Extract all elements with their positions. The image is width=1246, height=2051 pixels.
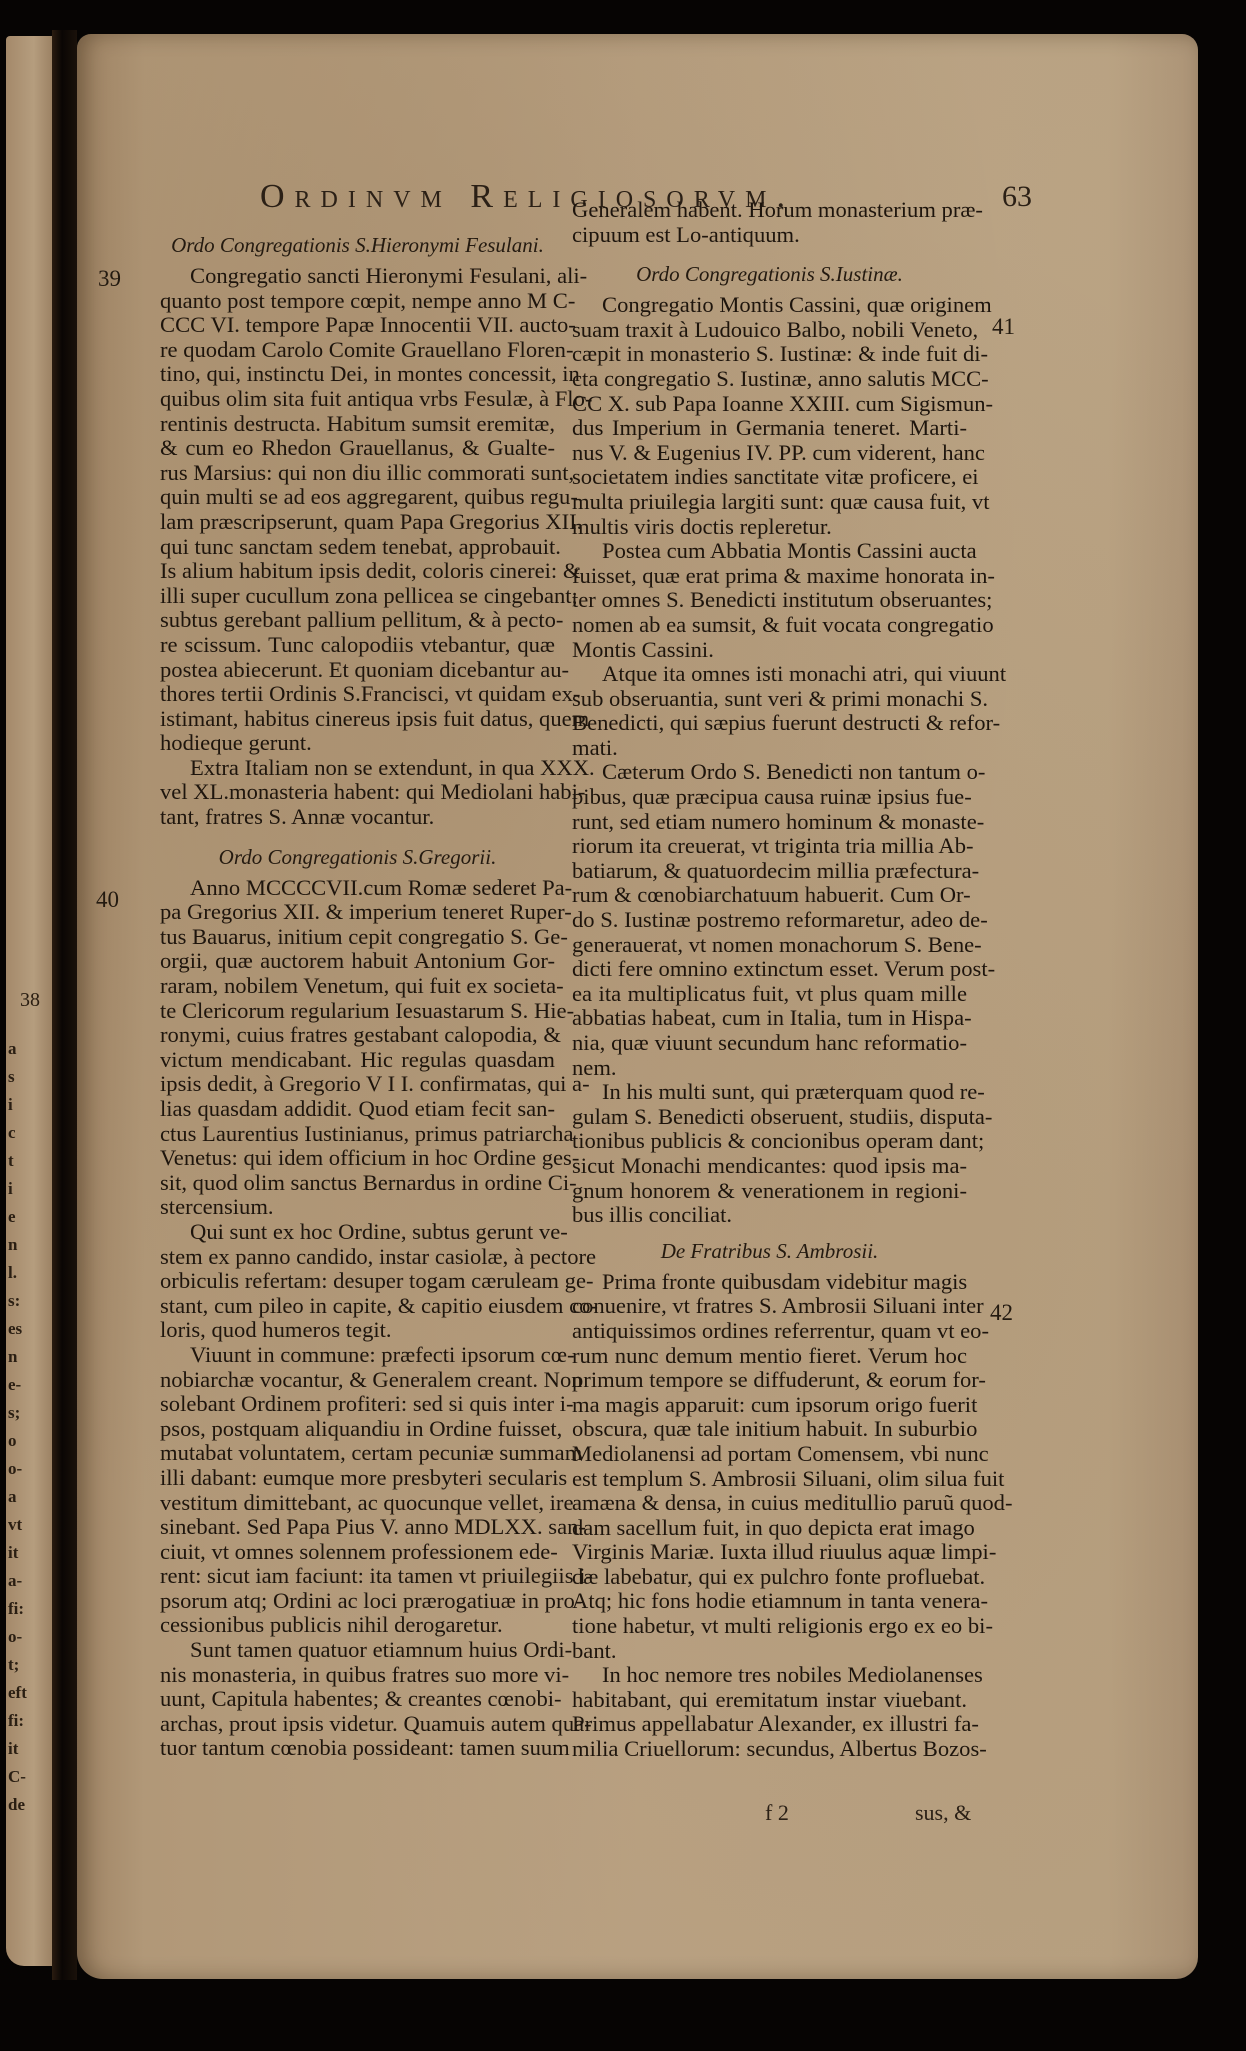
text-line: pibus, quæ præcipua causa ruinæ ipsius f…	[572, 785, 967, 810]
previous-page-text-fragment: C-	[8, 1764, 26, 1790]
text-line: tino, qui, instinctu Dei, in montes conc…	[160, 362, 555, 387]
text-line: loris, quod humeros tegit.	[160, 1318, 555, 1343]
previous-page-text-fragment: a-	[8, 1568, 22, 1594]
text-line: fuisset, quæ erat prima & maxime honorat…	[572, 564, 967, 589]
previous-page-text-fragment: e-	[8, 1372, 21, 1398]
text-line: ter omnes S. Benedicti institutum obseru…	[572, 588, 967, 613]
text-line: ctus Laurentius Iustinianus, primus patr…	[160, 1122, 555, 1147]
text-line: qui tunc sanctam sedem tenebat, approbau…	[160, 535, 555, 560]
text-line: ronymi, cuius fratres gestabant calopodi…	[160, 1023, 555, 1048]
text-line: dicti fere omnino extinctum esset. Verum…	[572, 957, 967, 982]
text-line: multis viris doctis repleretur.	[572, 515, 967, 540]
text-line: Atque ita omnes isti monachi atri, qui v…	[572, 662, 967, 687]
previous-page-text-fragment: a	[8, 1484, 17, 1510]
text-line: bus illis conciliat.	[572, 1203, 967, 1228]
paragraph: In his multi sunt, qui præterquam quod r…	[572, 1080, 967, 1228]
text-line: cta congregatio S. Iustinæ, anno salutis…	[572, 367, 967, 392]
text-line: Virginis Mariæ. Iuxta illud riuulus aquæ…	[572, 1540, 967, 1565]
text-line: est templum S. Ambrosii Siluani, olim si…	[572, 1467, 967, 1492]
text-line: Viuunt in commune: præfecti ipsorum cœ-	[160, 1343, 555, 1368]
text-line: nus V. & Eugenius IV. PP. cum viderent, …	[572, 441, 967, 466]
left-column: Ordo Congregationis S.Hieronymi Fesulani…	[160, 226, 555, 1761]
text-line: mati.	[572, 736, 967, 761]
text-line: milia Criuellorum: secundus, Albertus Bo…	[572, 1737, 967, 1762]
paragraph: Qui sunt ex hoc Ordine, subtus gerunt ve…	[160, 1220, 555, 1343]
previous-page-text-fragment: it	[8, 1736, 18, 1762]
text-line: Sunt tamen quatuor etiamnum huius Ordi-	[160, 1638, 555, 1663]
text-line: rus Marsius: qui non diu illic commorati…	[160, 461, 555, 486]
text-line: tuor tantum cœnobia possideant: tamen su…	[160, 1736, 555, 1761]
catchword: sus, &	[915, 1800, 971, 1826]
text-line: cipuum est Lo-antiquum.	[572, 223, 967, 248]
previous-page-text-fragment: o-	[8, 1624, 22, 1650]
text-line: dus Imperium in Germania teneret. Marti-	[572, 416, 967, 441]
previous-page-text-fragment: es	[8, 1316, 22, 1342]
previous-page-text-fragment: n	[8, 1344, 17, 1370]
text-line: ma magis apparuit: cum ipsorum origo fue…	[572, 1393, 967, 1418]
text-line: psorum atq; Ordini ac loci prærogatiuæ i…	[160, 1589, 555, 1614]
text-line: nia, quæ viuunt secundum hanc reformatio…	[572, 1031, 967, 1056]
text-line: dam sacellum fuit, in quo depicta erat i…	[572, 1516, 967, 1541]
text-line: Montis Cassini.	[572, 638, 967, 663]
text-line: rum & cœnobiarchatuum habuerit. Cum Or-	[572, 883, 967, 908]
previous-page-edge: 38 asictienl.s:esne-s;oo-avtita-fi:o-t;e…	[6, 36, 52, 1966]
text-line: Congregatio sancti Hieronymi Fesulani, a…	[160, 264, 555, 289]
text-line: Cæterum Ordo S. Benedicti non tantum o-	[572, 760, 967, 785]
text-line: dæ labebatur, qui ex pulchro fonte profl…	[572, 1565, 967, 1590]
text-line: illi super cucullum zona pellicea se cin…	[160, 584, 555, 609]
previous-page-margin: 38 asictienl.s:esne-s;oo-avtita-fi:o-t;e…	[6, 36, 52, 1966]
paragraph: Generalem habent. Horum monasterium præ-…	[572, 198, 967, 247]
text-line: batiarum, & quatuordecim millia præfectu…	[572, 859, 967, 884]
previous-page-text-fragment: fi:	[8, 1708, 24, 1734]
marginal-number: 39	[98, 266, 121, 292]
text-line: Postea cum Abbatia Montis Cassini aucta	[572, 539, 967, 564]
text-line: amæna & densa, in cuius meditullio paruũ…	[572, 1491, 967, 1516]
text-line: sicut Monachi mendicantes: quod ipsis ma…	[572, 1154, 967, 1179]
text-line: nis monasteria, in quibus fratres suo mo…	[160, 1663, 555, 1688]
right-column: Generalem habent. Horum monasterium præ-…	[572, 198, 967, 1762]
text-line: sit, quod olim sanctus Bernardus in ordi…	[160, 1171, 555, 1196]
text-line: stem ex panno candido, instar casiolæ, à…	[160, 1245, 555, 1270]
text-line: In his multi sunt, qui præterquam quod r…	[572, 1080, 967, 1105]
text-line: tionibus publicis & concionibus operam d…	[572, 1129, 967, 1154]
text-line: riorum ita creuerat, vt triginta tria mi…	[572, 834, 967, 859]
text-line: Congregatio Montis Cassini, quæ originem	[572, 293, 967, 318]
marginal-number: 42	[990, 1300, 1013, 1326]
text-line: Generalem habent. Horum monasterium præ-	[572, 198, 967, 223]
text-line: hodieque gerunt.	[160, 731, 555, 756]
text-line: societatem indies sanctitate vitæ profic…	[572, 465, 967, 490]
text-line: multa priuilegia largiti sunt: quæ causa…	[572, 490, 967, 515]
paragraph: In hoc nemore tres nobiles Mediolanenses…	[572, 1663, 967, 1761]
previous-page-text-fragment: t	[8, 1148, 14, 1174]
section-heading: De Fratribus S. Ambrosii.	[572, 1238, 967, 1264]
text-line: CCC VI. tempore Papæ Innocentii VII. auc…	[160, 313, 555, 338]
text-line: ea ita multiplicatus fuit, vt plus quam …	[572, 982, 967, 1007]
text-line: Benedicti, qui sæpius fuerunt destructi …	[572, 711, 967, 736]
text-line: Primus appellabatur Alexander, ex illust…	[572, 1712, 967, 1737]
text-line: runt, sed etiam numero hominum & monaste…	[572, 810, 967, 835]
text-line: thores tertii Ordinis S.Francisci, vt qu…	[160, 682, 555, 707]
paragraph: Sunt tamen quatuor etiamnum huius Ordi-n…	[160, 1638, 555, 1761]
paragraph: Extra Italiam non se extendunt, in qua X…	[160, 756, 555, 830]
text-line: habitabant, qui eremitatum instar viueba…	[572, 1688, 967, 1713]
text-line: primum tempore se diffuderunt, & eorum f…	[572, 1368, 967, 1393]
previous-page-text-fragment: l.	[8, 1260, 17, 1286]
text-line: tione habetur, vt multi religionis ergo …	[572, 1614, 967, 1639]
text-line: lias quasdam addidit. Quod etiam fecit s…	[160, 1097, 555, 1122]
text-line: victum mendicabant. Hic regulas quasdam	[160, 1048, 555, 1073]
text-line: postea abiecerunt. Et quoniam dicebantur…	[160, 658, 555, 683]
text-line: psos, postquam aliquandiu in Ordine fuis…	[160, 1417, 555, 1442]
text-line: Prima fronte quibusdam videbitur magis	[572, 1270, 967, 1295]
text-line: illi dabant: eumque more presbyteri secu…	[160, 1466, 555, 1491]
text-line: cæpit in monasterio S. Iustinæ: & inde f…	[572, 342, 967, 367]
text-line: do S. Iustinæ postremo reformaretur, ade…	[572, 908, 967, 933]
text-line: Anno MCCCCVII.cum Romæ sederet Pa-	[160, 876, 555, 901]
paragraph: Prima fronte quibusdam videbitur magisco…	[572, 1270, 967, 1664]
text-line: lam præscripserunt, quam Papa Gregorius …	[160, 510, 555, 535]
previous-page-text-fragment: s	[8, 1064, 15, 1090]
text-line: mutabat voluntatem, certam pecuniæ summa…	[160, 1441, 555, 1466]
text-line: nem.	[572, 1056, 967, 1081]
text-line: conuenire, vt fratres S. Ambrosii Siluan…	[572, 1294, 967, 1319]
text-line: nomen ab ea sumsit, & fuit vocata congre…	[572, 613, 967, 638]
text-line: quanto post tempore cœpit, nempe anno M …	[160, 289, 555, 314]
text-line: Qui sunt ex hoc Ordine, subtus gerunt ve…	[160, 1220, 555, 1245]
previous-page-text-fragment: fi:	[8, 1596, 24, 1622]
printer-signature: f 2	[765, 1800, 789, 1826]
previous-page-marginal-number: 38	[20, 988, 40, 1014]
text-line: gnum honorem & venerationem in regioni-	[572, 1179, 967, 1204]
previous-page-text-fragment: e	[8, 1204, 16, 1230]
text-line: vestitum dimittebant, ac quocunque velle…	[160, 1491, 555, 1516]
text-line: Atq; hic fons hodie etiamnum in tanta ve…	[572, 1589, 967, 1614]
text-line: antiquissimos ordines referrentur, quam …	[572, 1319, 967, 1344]
text-line: sinebant. Sed Papa Pius V. anno MDLXX. s…	[160, 1515, 555, 1540]
text-line: Mediolanensi ad portam Comensem, vbi nun…	[572, 1442, 967, 1467]
text-line: Venetus: qui idem officium in hoc Ordine…	[160, 1146, 555, 1171]
text-line: raram, nobilem Venetum, qui fuit ex soci…	[160, 974, 555, 999]
page-number: 63	[1002, 180, 1032, 214]
previous-page-text-fragment: vt	[8, 1512, 22, 1538]
text-line: & cum eo Rhedon Grauellanus, & Gualte-	[160, 436, 555, 461]
paragraph: Cæterum Ordo S. Benedicti non tantum o-p…	[572, 760, 967, 1080]
text-line: vel XL.monasteria habent: qui Mediolani …	[160, 780, 555, 805]
book-gutter	[52, 30, 77, 1980]
marginal-number: 40	[96, 887, 119, 913]
section-heading: Ordo Congregationis S.Hieronymi Fesulani…	[160, 232, 555, 258]
section-heading: Ordo Congregationis S.Gregorii.	[160, 844, 555, 870]
text-line: rentinis destructa. Habitum sumsit eremi…	[160, 412, 555, 437]
text-line: abbatias habeat, cum in Italia, tum in H…	[572, 1006, 967, 1031]
text-line: orgii, quæ auctorem habuit Antonium Gor-	[160, 949, 555, 974]
marginal-number: 41	[992, 314, 1015, 340]
paragraph: Congregatio sancti Hieronymi Fesulani, a…	[160, 264, 555, 756]
previous-page-text-fragment: eft	[8, 1680, 27, 1706]
text-line: gulam S. Benedicti obseruent, studiis, d…	[572, 1105, 967, 1130]
text-line: re quodam Carolo Comite Grauellano Flore…	[160, 338, 555, 363]
text-line: stercensium.	[160, 1195, 555, 1220]
section-heading: Ordo Congregationis S.Iustinæ.	[572, 261, 967, 287]
text-line: Is alium habitum ipsis dedit, coloris ci…	[160, 559, 555, 584]
text-line: subtus gerebant pallium pellitum, & à pe…	[160, 608, 555, 633]
text-line: sub obseruantia, sunt veri & primi monac…	[572, 687, 967, 712]
text-line: generauerat, vt nomen monachorum S. Bene…	[572, 933, 967, 958]
text-line: nobiarchæ vocantur, & Generalem creant. …	[160, 1368, 555, 1393]
text-line: cessionibus publicis nihil derogaretur.	[160, 1613, 555, 1638]
text-line: rent: sicut iam faciunt: ita tamen vt pr…	[160, 1564, 555, 1589]
previous-page-text-fragment: c	[8, 1120, 16, 1146]
text-line: solebant Ordinem profiteri: sed si quis …	[160, 1392, 555, 1417]
text-line: te Clericorum regularium Iesuastarum S. …	[160, 999, 555, 1024]
text-line: tant, fratres S. Annæ vocantur.	[160, 805, 555, 830]
text-line: Extra Italiam non se extendunt, in qua X…	[160, 756, 555, 781]
text-line: bant.	[572, 1639, 967, 1664]
text-line: CC X. sub Papa Ioanne XXIII. cum Sigismu…	[572, 392, 967, 417]
text-line: ipsis dedit, à Gregorio V I I. confirmat…	[160, 1072, 555, 1097]
previous-page-text-fragment: i	[8, 1092, 13, 1118]
paragraph: Viuunt in commune: præfecti ipsorum cœ-n…	[160, 1343, 555, 1638]
text-line: quin multi se ad eos aggregarent, quibus…	[160, 485, 555, 510]
text-line: uunt, Capitula habentes; & creantes cœno…	[160, 1687, 555, 1712]
paragraph: Congregatio Montis Cassini, quæ originem…	[572, 293, 967, 539]
text-line: tus Bauarus, initium cepit congregatio S…	[160, 925, 555, 950]
previous-page-text-fragment: o-	[8, 1456, 22, 1482]
previous-page-text-fragment: o	[8, 1428, 17, 1454]
previous-page-text-fragment: t;	[8, 1652, 19, 1678]
previous-page-text-fragment: s:	[8, 1288, 20, 1314]
text-line: istimant, habitus cinereus ipsis fuit da…	[160, 707, 555, 732]
text-line: In hoc nemore tres nobiles Mediolanenses	[572, 1663, 967, 1688]
paragraph: Postea cum Abbatia Montis Cassini auctaf…	[572, 539, 967, 662]
previous-page-text-fragment: i	[8, 1176, 13, 1202]
text-line: pa Gregorius XII. & imperium teneret Rup…	[160, 900, 555, 925]
previous-page-text-fragment: de	[8, 1792, 25, 1818]
text-line: rum nunc demum mentio fieret. Verum hoc	[572, 1344, 967, 1369]
text-line: suam traxit à Ludouico Balbo, nobili Ven…	[572, 318, 967, 343]
text-line: re scissum. Tunc calopodiis vtebantur, q…	[160, 633, 555, 658]
text-line: quibus olim sita fuit antiqua vrbs Fesul…	[160, 387, 555, 412]
paragraph: Atque ita omnes isti monachi atri, qui v…	[572, 662, 967, 760]
previous-page-text-fragment: n	[8, 1232, 17, 1258]
text-line: orbiculis refertam: desuper togam cærule…	[160, 1269, 555, 1294]
paragraph: Anno MCCCCVII.cum Romæ sederet Pa-pa Gre…	[160, 876, 555, 1220]
text-line: stant, cum pileo in capite, & capitio ei…	[160, 1294, 555, 1319]
previous-page-text-fragment: it	[8, 1540, 18, 1566]
text-line: obscura, quæ tale initium habuit. In sub…	[572, 1417, 967, 1442]
previous-page-text-fragment: s;	[8, 1400, 20, 1426]
text-line: archas, prout ipsis videtur. Quamuis aut…	[160, 1712, 555, 1737]
text-line: ciuit, vt omnes solennem professionem ed…	[160, 1540, 555, 1565]
previous-page-text-fragment: a	[8, 1036, 17, 1062]
